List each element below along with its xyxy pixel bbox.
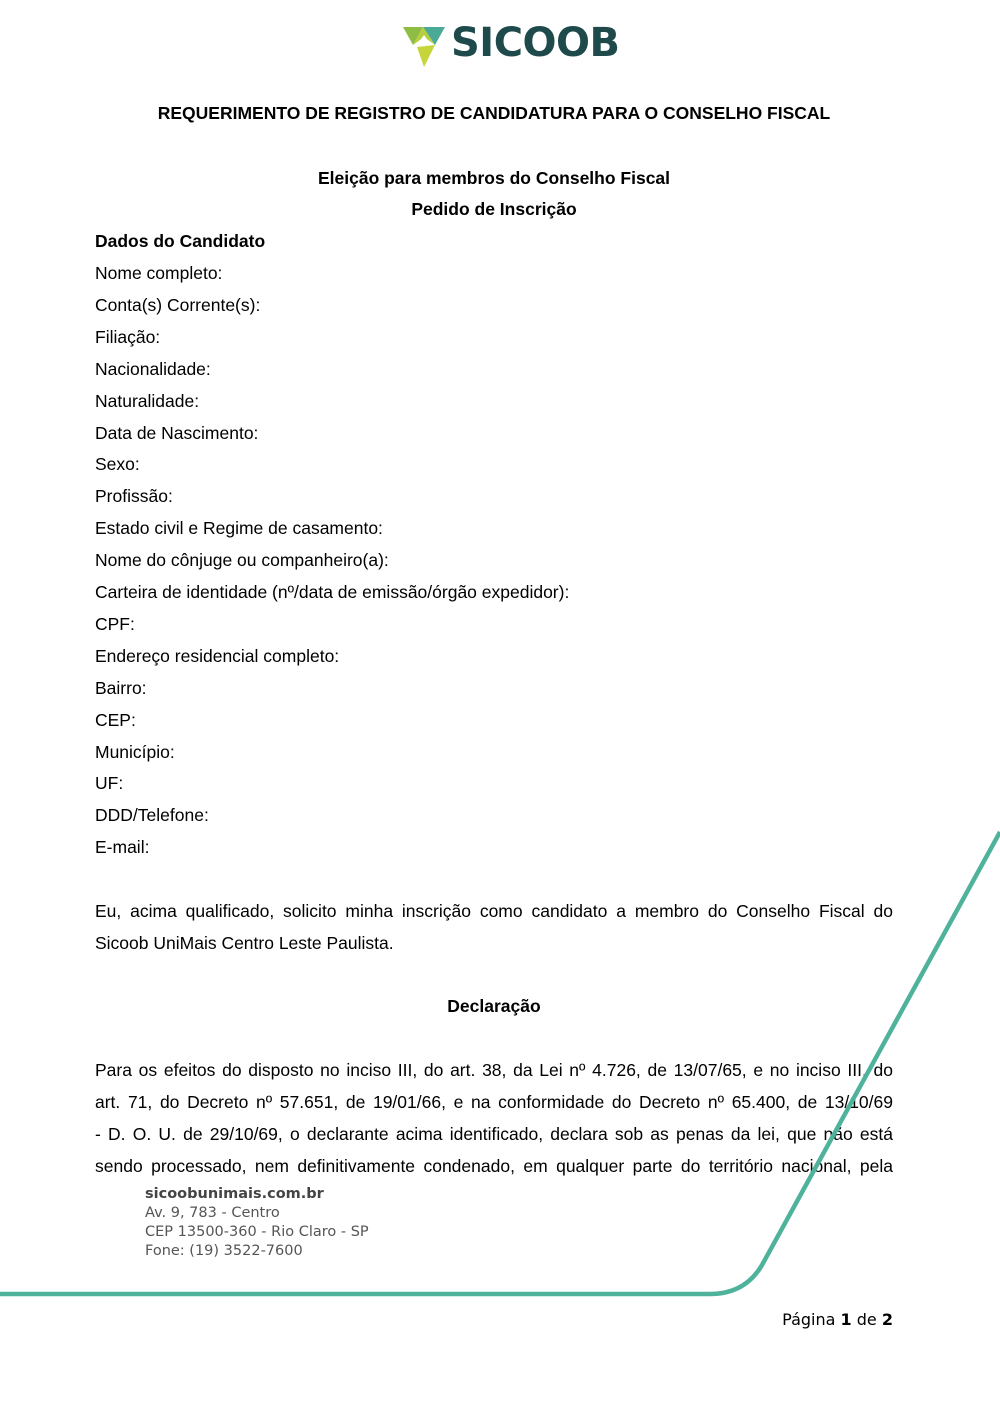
candidate-field-label: E-mail: <box>95 837 149 858</box>
candidate-field-label: Profissão: <box>95 486 173 507</box>
request-line: Eu, acima qualificado, solicito minha in… <box>95 895 893 927</box>
document-title: REQUERIMENTO DE REGISTRO DE CANDIDATURA … <box>0 103 988 124</box>
declaration-line: - D. O. U. de 29/10/69, o declarante aci… <box>95 1118 893 1150</box>
candidate-field-label: Nome do cônjuge ou companheiro(a): <box>95 550 389 571</box>
candidate-field-label: Município: <box>95 742 175 763</box>
candidate-field-label: Bairro: <box>95 678 147 699</box>
declaration-heading: Declaração <box>0 996 988 1017</box>
candidate-section-heading: Dados do Candidato <box>95 231 265 252</box>
page-total: 2 <box>882 1310 893 1329</box>
request-paragraph: Eu, acima qualificado, solicito minha in… <box>95 895 893 959</box>
candidate-field-label: Data de Nascimento: <box>95 423 258 444</box>
footer-website[interactable]: sicoobunimais.com.br <box>145 1185 369 1204</box>
footer-phone: Fone: (19) 3522-7600 <box>145 1242 369 1261</box>
footer-contact: sicoobunimais.com.br Av. 9, 783 - Centro… <box>145 1185 369 1261</box>
declaration-line: Para os efeitos do disposto no inciso II… <box>95 1054 893 1086</box>
brand-name: SICOOB <box>451 20 620 66</box>
sicoob-triangle-logo-icon <box>403 25 447 69</box>
election-subtitle: Eleição para membros do Conselho Fiscal <box>0 168 988 189</box>
candidate-field-label: UF: <box>95 773 123 794</box>
page-current: 1 <box>841 1310 852 1329</box>
sicoob-logo: SICOOB <box>403 24 603 70</box>
candidate-field-label: Nacionalidade: <box>95 359 211 380</box>
candidate-field-label: CPF: <box>95 614 135 635</box>
footer-city: CEP 13500-360 - Rio Claro - SP <box>145 1223 369 1242</box>
candidate-field-label: Endereço residencial completo: <box>95 646 339 667</box>
registration-subtitle: Pedido de Inscrição <box>0 199 988 220</box>
candidate-field-label: Estado civil e Regime de casamento: <box>95 518 383 539</box>
request-line: Sicoob UniMais Centro Leste Paulista. <box>95 927 893 959</box>
page-of: de <box>857 1310 877 1329</box>
declaration-line: art. 71, do Decreto nº 57.651, de 19/01/… <box>95 1086 893 1118</box>
candidate-field-label: Naturalidade: <box>95 391 199 412</box>
footer-address: Av. 9, 783 - Centro <box>145 1204 369 1223</box>
page-label: Página <box>782 1310 835 1329</box>
declaration-paragraph: Para os efeitos do disposto no inciso II… <box>95 1054 893 1182</box>
candidate-field-label: CEP: <box>95 710 136 731</box>
candidate-field-label: Conta(s) Corrente(s): <box>95 295 260 316</box>
candidate-field-label: Sexo: <box>95 454 140 475</box>
candidate-field-label: DDD/Telefone: <box>95 805 209 826</box>
candidate-field-label: Carteira de identidade (nº/data de emiss… <box>95 582 569 603</box>
page-number: Página 1 de 2 <box>782 1310 893 1329</box>
declaration-line: sendo processado, nem definitivamente co… <box>95 1150 893 1182</box>
candidate-field-label: Filiação: <box>95 327 160 348</box>
candidate-field-label: Nome completo: <box>95 263 222 284</box>
